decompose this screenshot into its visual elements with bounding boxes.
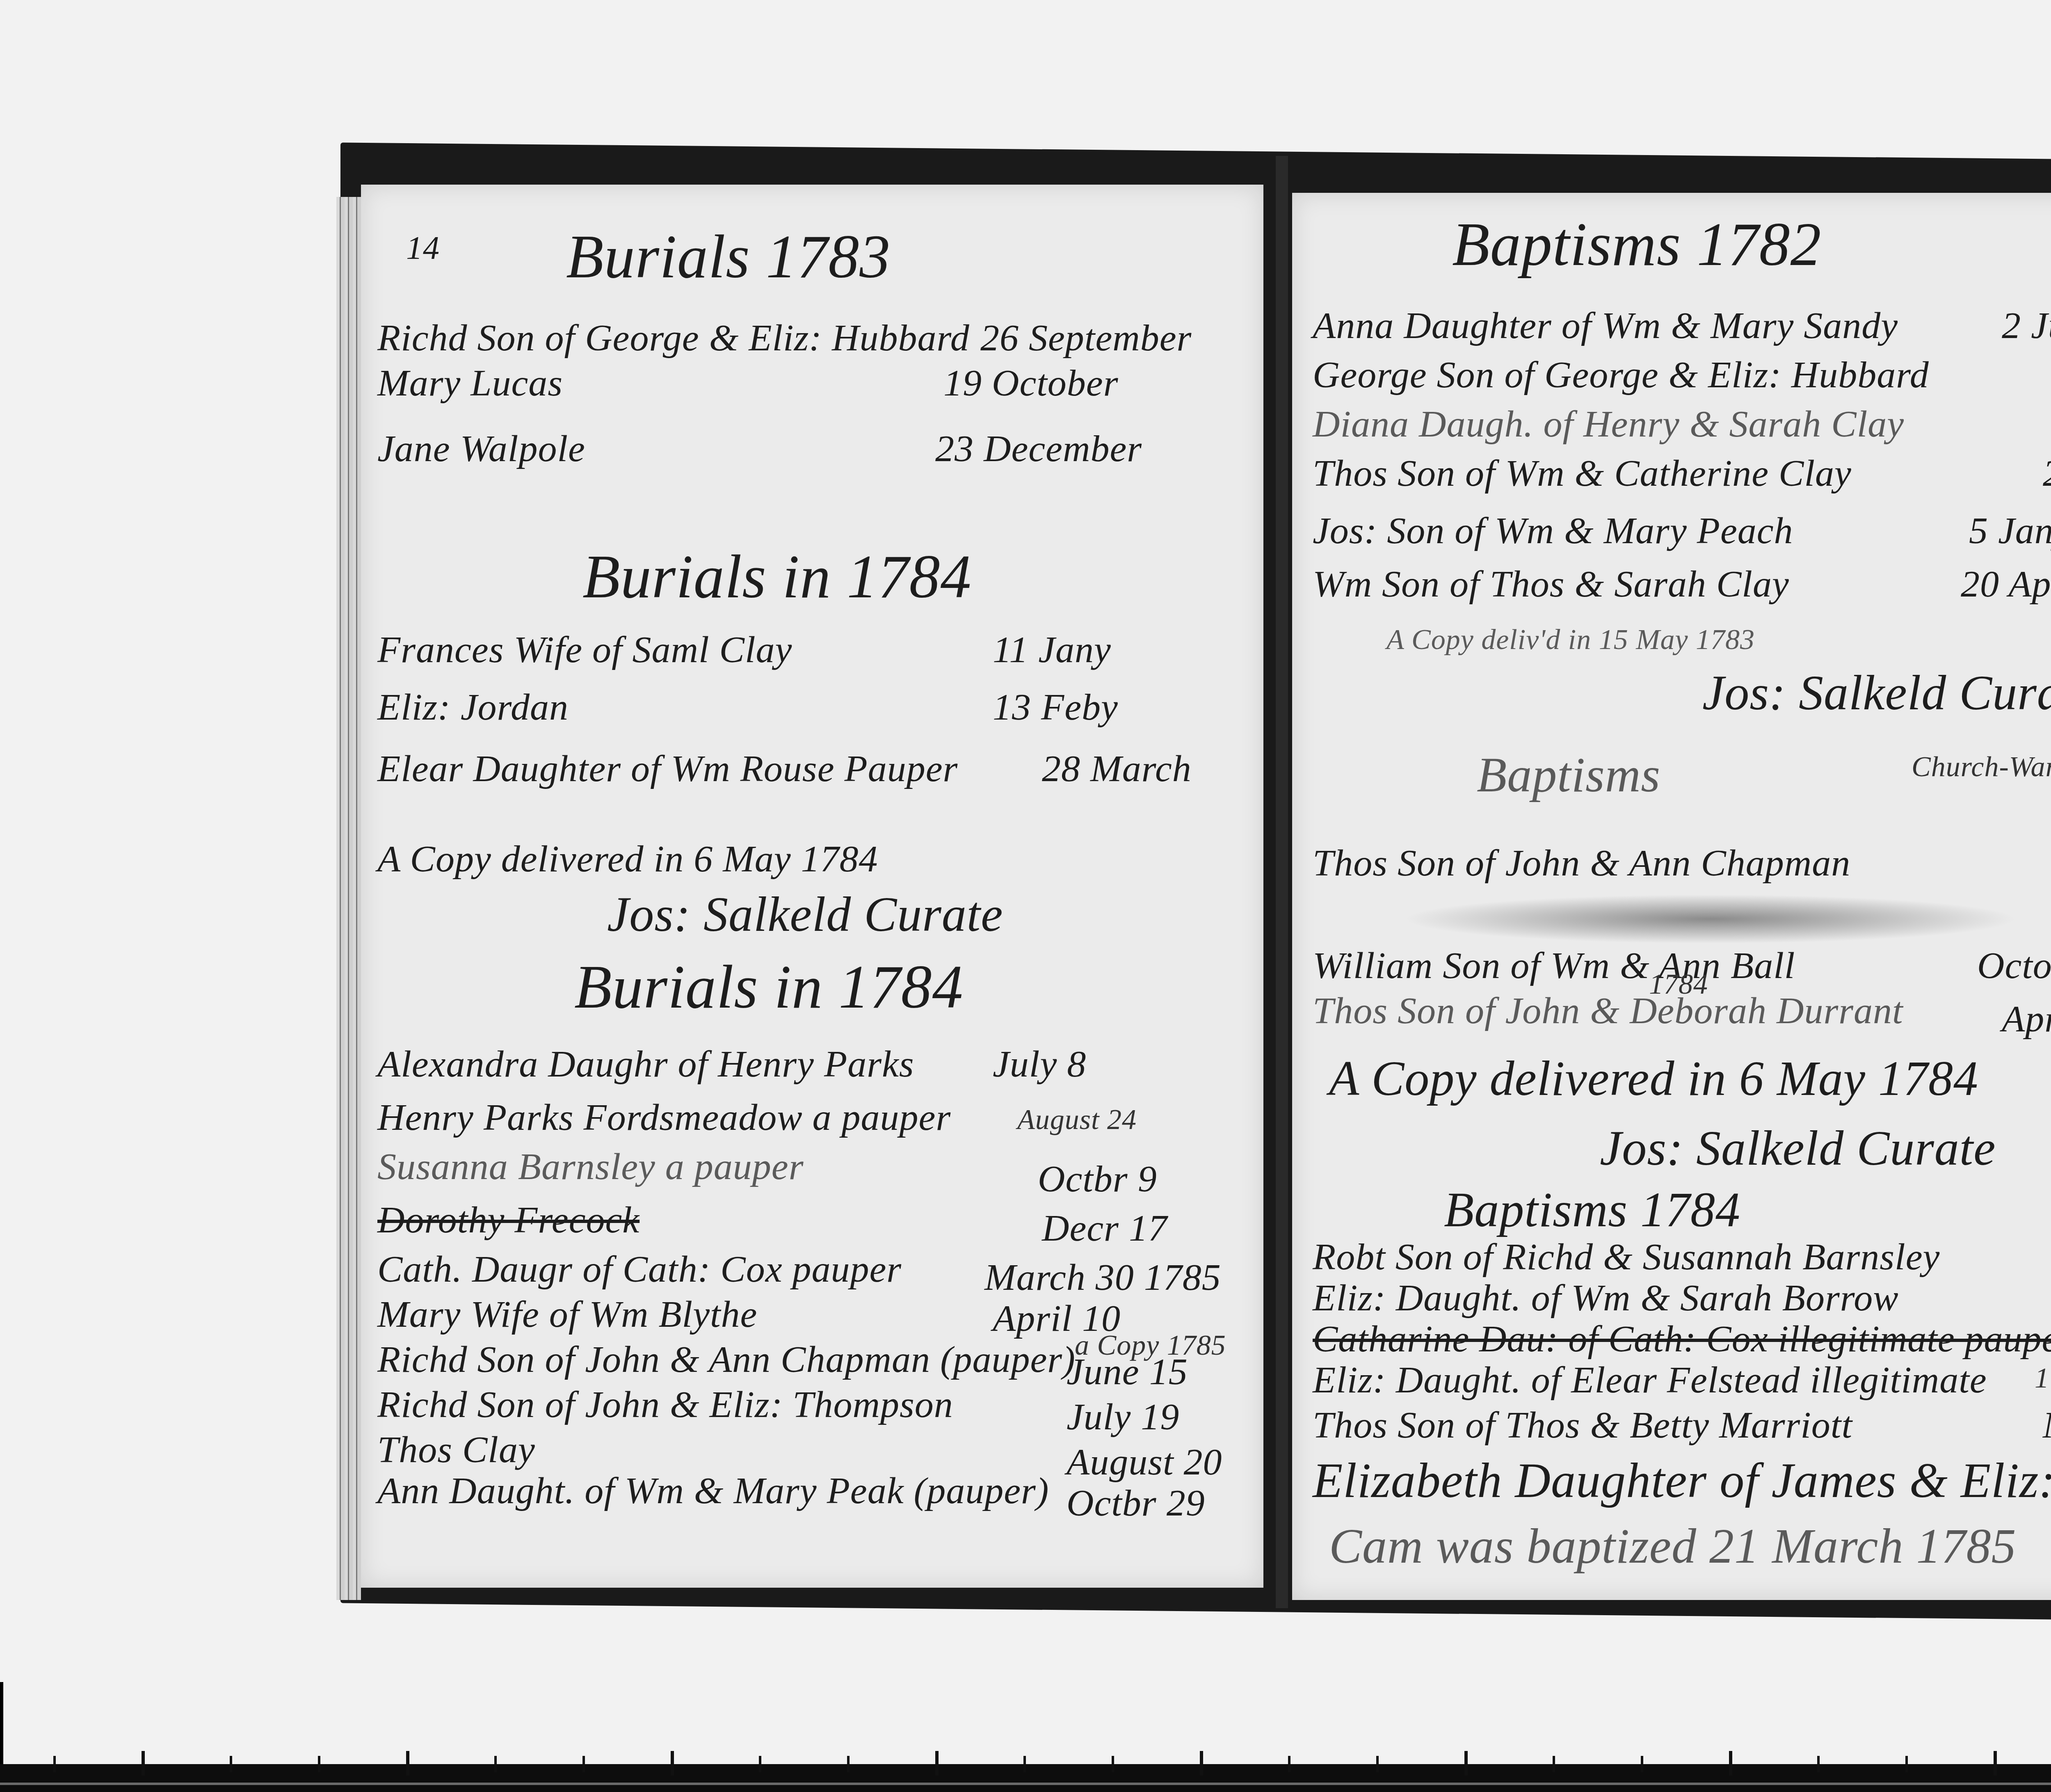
entry-date: 23 Octr [2043, 451, 2051, 495]
entry-text: Henry Parks Fordsmeadow a pauper [377, 1095, 951, 1139]
ruler-tick [1641, 1756, 1643, 1772]
entry-text: Elear Daughter of Wm Rouse Pauper [377, 747, 958, 790]
entry-text: Thos Son of John & Deborah Durrant [1313, 989, 1903, 1032]
ruler-tick [759, 1756, 761, 1772]
heading-baptisms-1782: Baptisms 1782 [1452, 209, 1822, 280]
entry-date: 20 April [1961, 562, 2051, 606]
entry-text: Thos Son of John & Ann Chapman [1313, 841, 1850, 885]
ruler-tick [1994, 1751, 1997, 1776]
entry-date: 26 September [980, 316, 1192, 359]
church-wardens-note: Church-Wardens 1783 [1912, 751, 2051, 784]
curate-signature: Jos: Salkeld Curate [1702, 665, 2051, 721]
entry-date: 11 Jany [993, 628, 1111, 671]
entry-text: Richd Son of John & Ann Chapman (pauper) [377, 1337, 1076, 1381]
page-edges [336, 197, 361, 1600]
entry-date: March 30 1785 [984, 1255, 1221, 1299]
copy-delivered-note: A Copy delivered in 6 May 1784 [1329, 1050, 1978, 1107]
ruler-tick [1288, 1756, 1290, 1772]
ruler-tick [1817, 1756, 1820, 1772]
entry-text: Jane Walpole [377, 427, 585, 470]
entry-text: Eliz: Daught. of Elear Felstead illegiti… [1313, 1358, 1987, 1401]
ruler-tick [53, 1756, 56, 1772]
entry-date: 19 October [943, 361, 1118, 405]
entry-date: 5 Jany 1783 [1969, 509, 2051, 552]
heading-baptisms: Baptisms [1477, 747, 1660, 803]
entry-text: George Son of George & Eliz: Hubbard [1313, 353, 1929, 396]
entry-text: Thos Son of Thos & Betty Marriott [1313, 1403, 1852, 1447]
entry-date: Octbr 9 [1038, 1157, 1157, 1200]
entry-text: Eliz: Jordan [377, 685, 569, 729]
curate-signature: Jos: Salkeld Curate [607, 886, 1003, 943]
page-number-left: 14 [406, 230, 440, 267]
ruler-tick [1112, 1756, 1114, 1772]
heading-burials-1784: Burials in 1784 [582, 542, 971, 612]
entry-text: Thos Clay [377, 1428, 535, 1471]
ruler-tick [582, 1756, 585, 1772]
ink-smudge [1403, 894, 2018, 944]
entry-date: 23 December [935, 427, 1142, 470]
entry-text: Frances Wife of Saml Clay [377, 628, 792, 671]
entry-text: Alexandra Daughr of Henry Parks [377, 1042, 914, 1086]
entry-text: Cath. Daugr of Cath: Cox pauper [377, 1247, 902, 1291]
entry-text-struck: Dorothy Frecock [377, 1198, 640, 1241]
heading-burials-1784b: Burials in 1784 [574, 952, 963, 1022]
entry-date: 1785 Jany 23 [2035, 1362, 2051, 1395]
heading-burials-1783: Burials 1783 [566, 222, 891, 292]
ruler-tick [142, 1751, 145, 1776]
copy-delivered-note: A Copy delivered in 6 May 1784 [377, 837, 878, 880]
entry-text: Richd Son of John & Eliz: Thompson [377, 1383, 953, 1426]
entry-text: Elizabeth Daughter of James & Eliz: [1313, 1452, 2051, 1509]
ruler-tick [494, 1756, 497, 1772]
ruler-tick [1464, 1751, 1468, 1776]
entry-date: 28 March [1042, 747, 1192, 790]
entry-text: Eliz: Daught. of Wm & Sarah Borrow [1313, 1276, 1899, 1319]
entry-date: 13 Feby [993, 685, 1118, 729]
ruler-tick [1553, 1756, 1555, 1772]
entry-date: July 19 [1067, 1395, 1179, 1438]
entry-date: June 15 [1067, 1350, 1188, 1393]
ruler-tick [230, 1756, 232, 1772]
ruler-tick [1905, 1756, 1908, 1772]
entry-text: Mary Lucas [377, 361, 563, 405]
ruler-tick [1200, 1751, 1203, 1776]
entry-text: Anna Daughter of Wm & Mary Sandy [1313, 304, 1898, 347]
entry-date: Decr 17 [1042, 1206, 1167, 1250]
entry-date: Octbr 29 [1067, 1481, 1205, 1525]
ruler-tick [1023, 1756, 1026, 1772]
ruler-tick [935, 1751, 939, 1776]
entry-date: August 20 [1067, 1440, 1222, 1483]
heading-baptisms-1784: Baptisms 1784 [1444, 1182, 1740, 1238]
ruler-tick [406, 1751, 409, 1776]
entry-text: Cam was baptized 21 March 1785 [1329, 1518, 2017, 1575]
ruler-tick [671, 1751, 674, 1776]
entry-text: Mary Wife of Wm Blythe [377, 1292, 757, 1336]
curate-signature: Jos: Salkeld Curate [1600, 1120, 1996, 1177]
entry-text: Thos Son of Wm & Catherine Clay [1313, 451, 1852, 495]
ruler-tick [1729, 1751, 1732, 1776]
entry-date: 2 June [2002, 304, 2051, 347]
ruler-tick [318, 1756, 320, 1772]
ruler-tick [1376, 1756, 1379, 1772]
entry-annotation: 1784 [1649, 968, 1708, 1001]
entry-date: March 13 [2043, 1403, 2051, 1447]
entry-text: Ann Daught. of Wm & Mary Peak (pauper) [377, 1469, 1049, 1512]
entry-text-struck: Catharine Dau: of Cath: Cox illegitimate… [1313, 1317, 2051, 1360]
copy-delivered-note: A Copy deliv'd in 15 May 1783 [1386, 624, 1755, 656]
entry-date: July 8 [993, 1042, 1086, 1086]
entry-text: Richd Son of George & Eliz: Hubbard [377, 316, 970, 359]
book-spine [1276, 156, 1288, 1608]
entry-text: William Son of Wm & Ann Ball [1313, 944, 1795, 987]
entry-date: October 19 [1977, 944, 2051, 987]
entry-text: Wm Son of Thos & Sarah Clay [1313, 562, 1789, 606]
entry-text: Jos: Son of Wm & Mary Peach [1313, 509, 1793, 552]
ruler-tick [847, 1756, 850, 1772]
ruler-band [0, 1783, 2051, 1785]
entry-date: Aprile 1784 [2002, 997, 2051, 1040]
entry-date: August 24 [1017, 1104, 1137, 1136]
entry-text: Robt Son of Richd & Susannah Barnsley [1313, 1235, 1940, 1278]
entry-text: Susanna Barnsley a pauper [377, 1145, 804, 1188]
entry-text: Diana Daugh. of Henry & Sarah Clay [1313, 402, 1904, 446]
